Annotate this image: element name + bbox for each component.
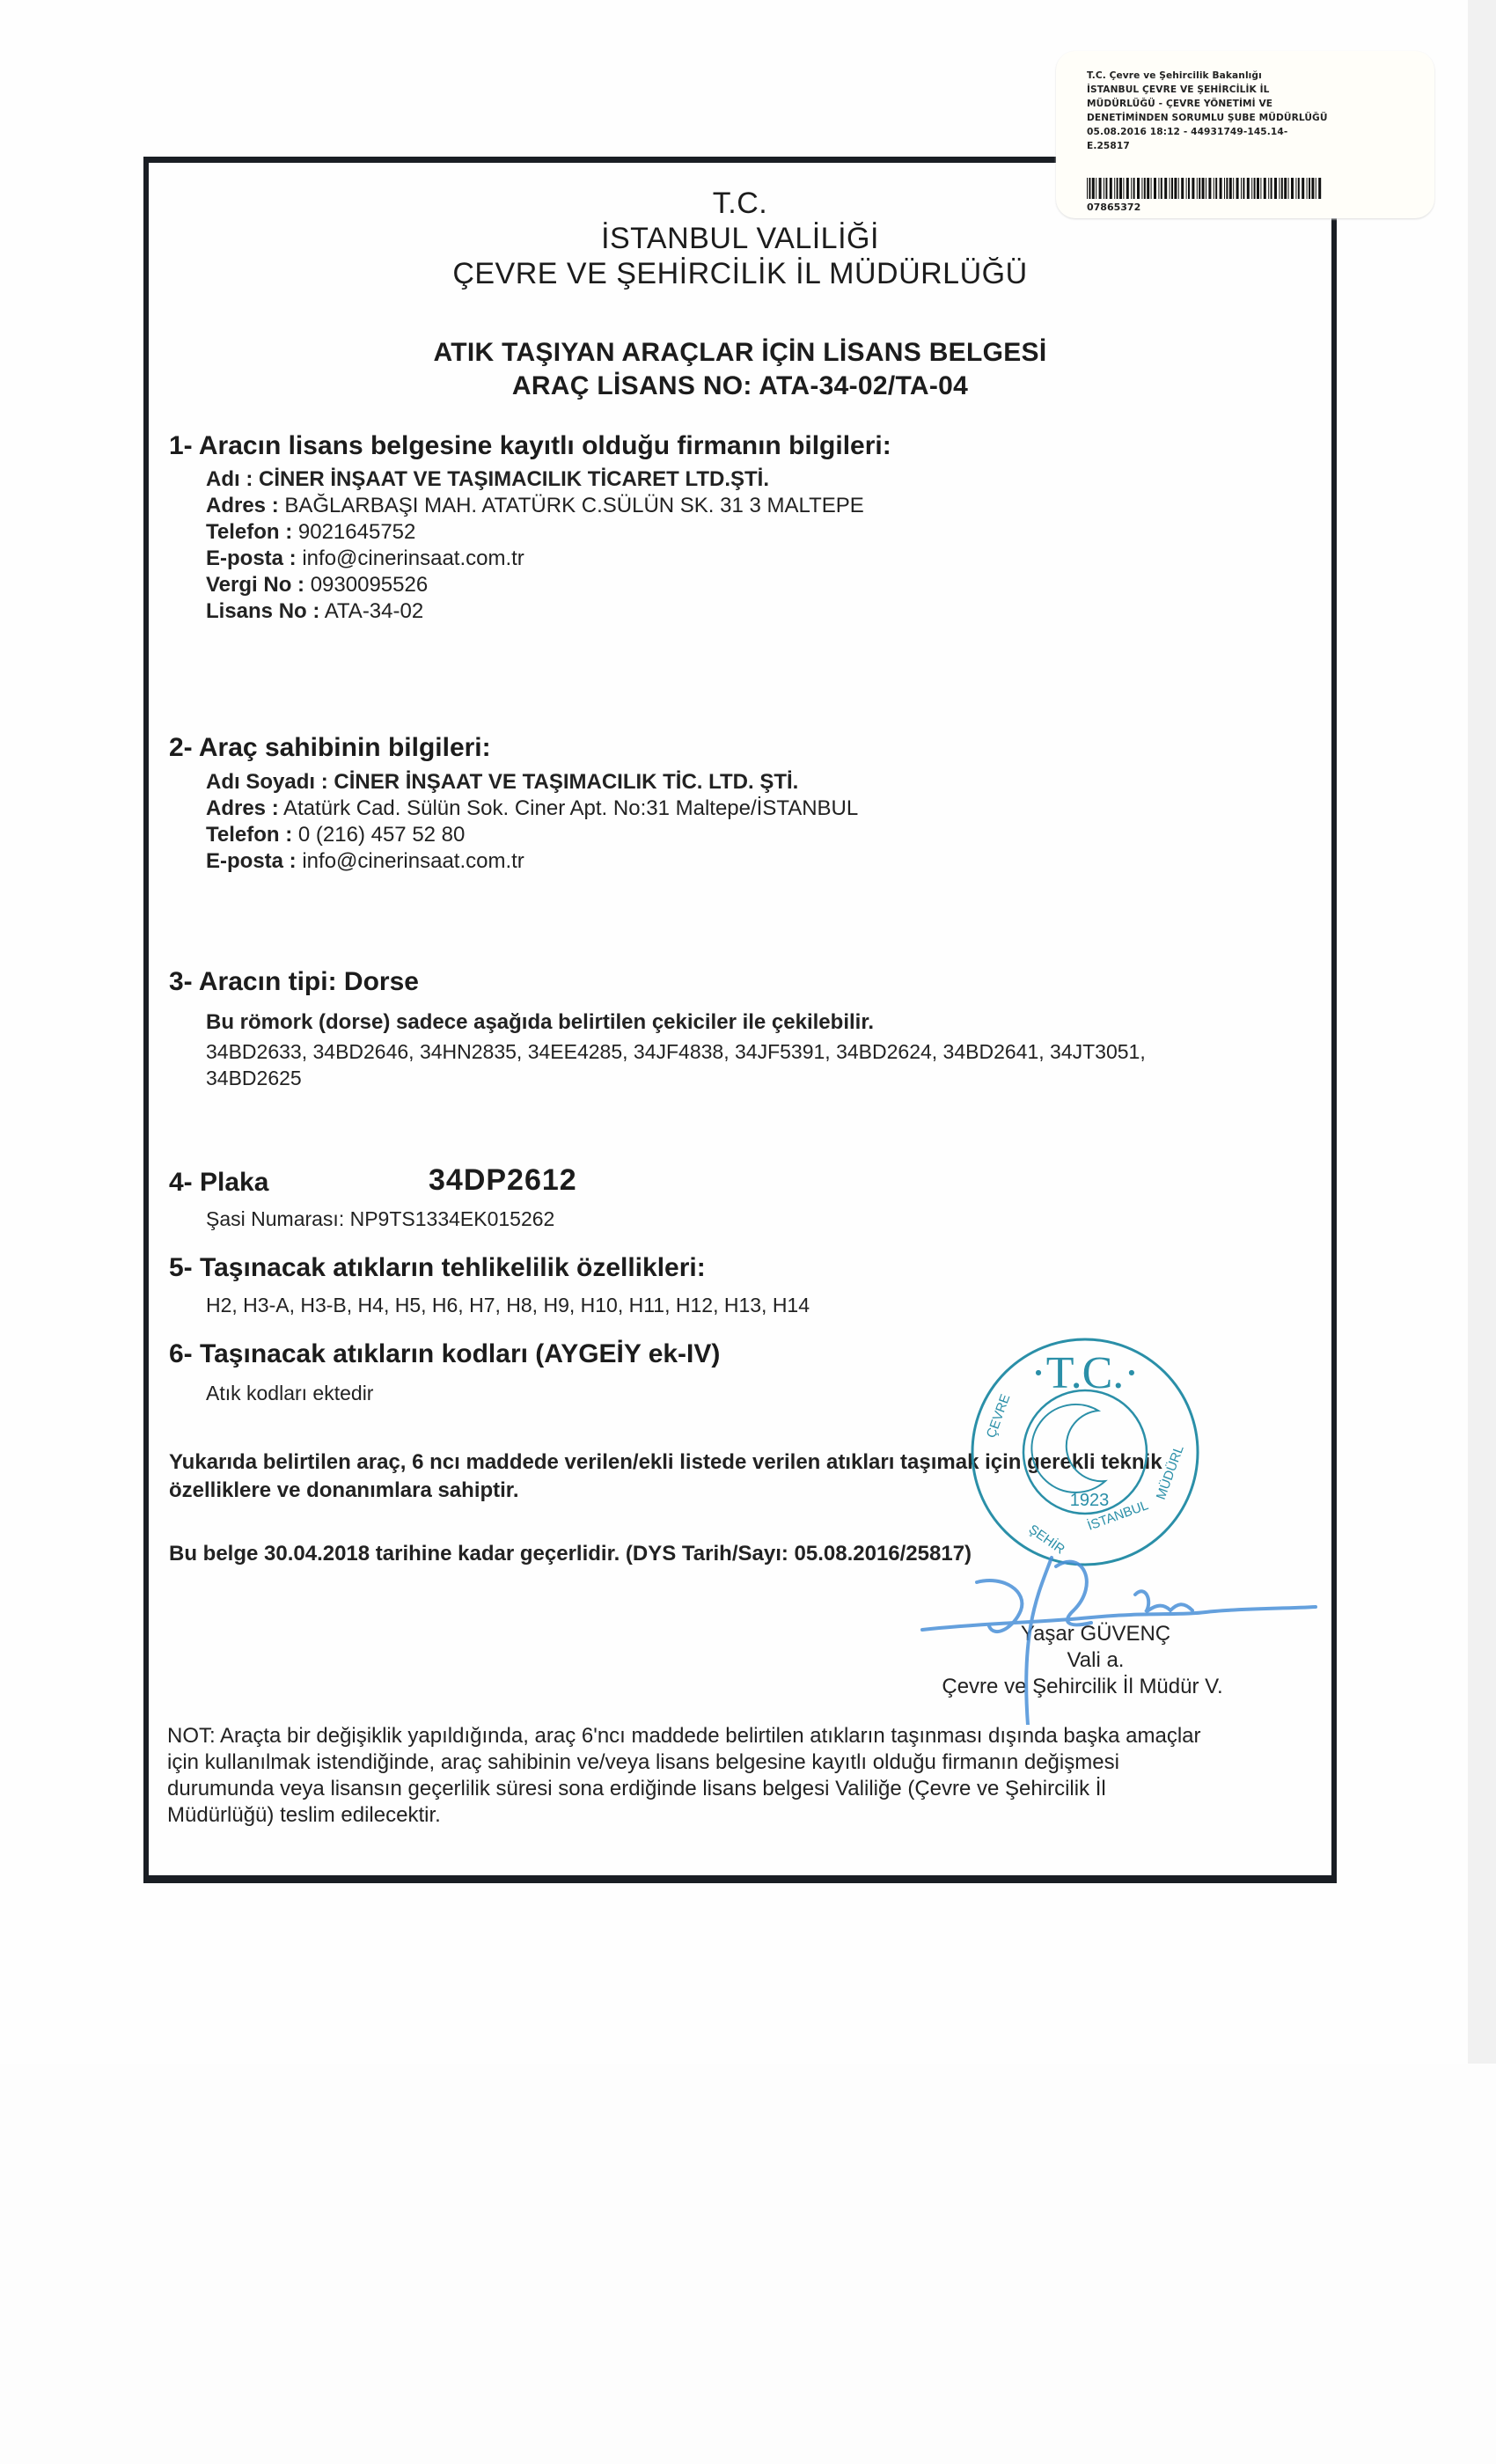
field-row: E-posta : info@cinerinsaat.com.tr <box>206 848 858 875</box>
svg-text:·T.C.·: ·T.C.· <box>1030 1348 1139 1398</box>
section2-heading: 2- Araç sahibinin bilgileri: <box>169 733 491 763</box>
footnote-line: durumunda veya lisansın geçerlilik süres… <box>167 1776 1311 1802</box>
footnote-line: NOT: Araçta bir değişiklik yapıldığında,… <box>167 1723 1311 1749</box>
sticker-line: İSTANBUL ÇEVRE VE ŞEHİRCİLİK İL <box>1087 83 1328 97</box>
blank-page-area <box>0 2064 1496 2464</box>
validity-statement: Bu belge 30.04.2018 tarihine kadar geçer… <box>169 1540 972 1568</box>
section3-note: Bu römork (dorse) sadece aşağıda belirti… <box>206 1010 874 1035</box>
footnote-line: için kullanılmak istendiğinde, araç sahi… <box>167 1749 1311 1776</box>
field-row: Telefon : 9021645752 <box>206 519 864 546</box>
field-row: Lisans No : ATA-34-02 <box>206 598 864 625</box>
field-row: Vergi No : 0930095526 <box>206 572 864 598</box>
section1-heading: 1- Aracın lisans belgesine kayıtlı olduğ… <box>169 431 891 461</box>
section1-fields: Adı : CİNER İNŞAAT VE TAŞIMACILIK TİCARE… <box>206 466 864 625</box>
svg-text:MÜDÜRL: MÜDÜRL <box>1153 1443 1187 1501</box>
document-title: ATIK TAŞIYAN ARAÇLAR İÇİN LİSANS BELGESİ <box>143 338 1337 368</box>
header-directorate: ÇEVRE VE ŞEHİRCİLİK İL MÜDÜRLÜĞÜ <box>143 257 1337 291</box>
field-row: Adı : CİNER İNŞAAT VE TAŞIMACILIK TİCARE… <box>206 466 864 493</box>
barcode-icon <box>1087 178 1322 199</box>
plate-number: 34DP2612 <box>429 1163 577 1198</box>
signature-icon <box>915 1531 1320 1725</box>
field-row: Adı Soyadı : CİNER İNŞAAT VE TAŞIMACILIK… <box>206 769 858 796</box>
section3-heading: 3- Aracın tipi: Dorse <box>169 967 419 997</box>
svg-text:ÇEVRE: ÇEVRE <box>984 1392 1014 1440</box>
hazard-properties: H2, H3-A, H3-B, H4, H5, H6, H7, H8, H9, … <box>206 1294 810 1317</box>
sticker-line: MÜDÜRLÜĞÜ - ÇEVRE YÖNETİMİ VE <box>1087 97 1328 111</box>
svg-text:1923: 1923 <box>1070 1491 1110 1510</box>
statement-line2: özelliklere ve donanımlara sahiptir. <box>169 1477 519 1505</box>
chassis-number: Şasi Numarası: NP9TS1334EK015262 <box>206 1207 554 1231</box>
footnote: NOT: Araçta bir değişiklik yapıldığında,… <box>167 1723 1311 1829</box>
field-row: Adres : BAĞLARBAŞI MAH. ATATÜRK C.SÜLÜN … <box>206 493 864 519</box>
field-row: E-posta : info@cinerinsaat.com.tr <box>206 546 864 572</box>
field-row: Telefon : 0 (216) 457 52 80 <box>206 822 858 848</box>
footnote-line: Müdürlüğü) teslim edilecektir. <box>167 1802 1311 1829</box>
section6-heading: 6- Taşınacak atıkların kodları (AYGEİY e… <box>169 1339 720 1369</box>
registry-sticker: T.C. Çevre ve Şehircilik Bakanlığı İSTAN… <box>1056 51 1434 218</box>
sticker-line: 05.08.2016 18:12 - 44931749-145.14- <box>1087 125 1328 139</box>
sticker-line: DENETİMİNDEN SORUMLU ŞUBE MÜDÜRLÜĞÜ <box>1087 111 1328 125</box>
sticker-line: T.C. Çevre ve Şehircilik Bakanlığı <box>1087 69 1328 83</box>
waste-codes-note: Atık kodları ektedir <box>206 1382 373 1405</box>
barcode-number: 07865372 <box>1087 202 1140 213</box>
tractor-plates-line1: 34BD2633, 34BD2646, 34HN2835, 34EE4285, … <box>206 1040 1146 1064</box>
sticker-text: T.C. Çevre ve Şehircilik Bakanlığı İSTAN… <box>1087 69 1328 153</box>
section4-heading: 4- Plaka <box>169 1168 268 1198</box>
tractor-plates-line2: 34BD2625 <box>206 1067 302 1090</box>
header-governorship: İSTANBUL VALİLİĞİ <box>143 222 1337 256</box>
sticker-line: E.25817 <box>1087 139 1328 153</box>
section2-fields: Adı Soyadı : CİNER İNŞAAT VE TAŞIMACILIK… <box>206 769 858 875</box>
scan-edge <box>1468 0 1496 2064</box>
field-row: Adres : Atatürk Cad. Sülün Sok. Ciner Ap… <box>206 796 858 822</box>
license-number: ARAÇ LİSANS NO: ATA-34-02/TA-04 <box>143 371 1337 401</box>
section5-heading: 5- Taşınacak atıkların tehlikelilik özel… <box>169 1253 706 1283</box>
